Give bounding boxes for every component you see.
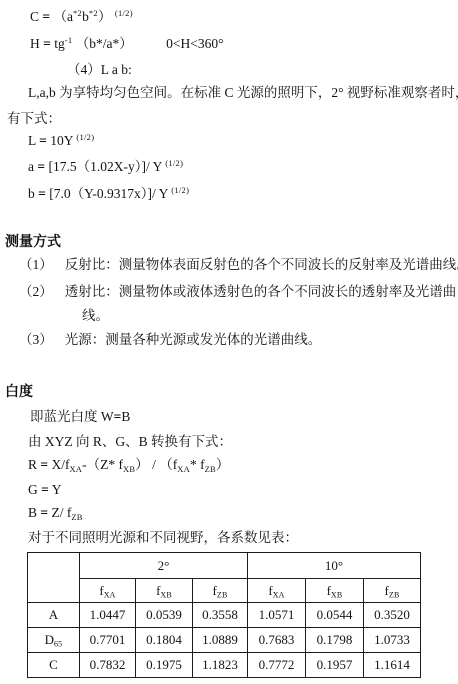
item-4-lab: （4）L a b:	[67, 61, 132, 78]
table-cell: 0.3558	[193, 603, 248, 628]
table-cell: 1.0447	[80, 603, 136, 628]
measure-item-2-continuation: 线。	[82, 307, 109, 324]
table-cell: 0.3520	[364, 603, 421, 628]
measure-item-1: （1）反射比：测量物体表面反射色的各个不同波长的反射率及光谱曲线。	[19, 256, 458, 273]
formula-h-range: 0<H<360°	[166, 36, 223, 51]
section-heading-white: 白度	[5, 383, 33, 400]
formula-l: L = 10Y (1/2)	[28, 132, 94, 149]
intro-paragraph-line2: 有下式：	[7, 110, 61, 127]
col-header-fzb-10deg: fZB	[364, 579, 421, 603]
item-text: 反射比：测量物体表面反射色的各个不同波长的反射率及光谱曲线。	[65, 257, 458, 272]
column-group-2deg: 2°	[80, 553, 248, 579]
measure-item-2: （2）透射比：测量物体或液体透射色的各个不同波长的透射率及光谱曲	[19, 283, 456, 300]
col-header-fzb-2deg: fZB	[193, 579, 248, 603]
coefficients-table: 2° 10° fXA fXB fZB fXA fXB fZB A 1.0447 …	[27, 552, 421, 678]
table-cell: 0.0544	[306, 603, 364, 628]
table-cell: 0.1975	[136, 653, 193, 678]
col-header-fxa-10deg: fXA	[248, 579, 306, 603]
document-page: C = （a*2b*2） (1/2) H = tg-1 （b*/a*） 0<H<…	[0, 0, 458, 684]
table-cell: 1.0889	[193, 628, 248, 653]
table-row: C 0.7832 0.1975 1.1823 0.7772 0.1957 1.1…	[28, 653, 421, 678]
formula-c: C = （a*2b*2） (1/2)	[30, 8, 133, 25]
measure-item-3: （3）光源：测量各种光源或发光体的光谱曲线。	[19, 331, 321, 348]
table-subheader-row: fXA fXB fZB fXA fXB fZB	[28, 579, 421, 603]
col-header-fxa-2deg: fXA	[80, 579, 136, 603]
table-row: D65 0.7701 0.1804 1.0889 0.7683 0.1798 1…	[28, 628, 421, 653]
xyz-rgb-conversion-line: 由 XYZ 向 R、G、B 转换有下式：	[28, 433, 232, 450]
table-cell: 1.0733	[364, 628, 421, 653]
table-cell: 1.1614	[364, 653, 421, 678]
item-number: （2）	[19, 283, 53, 300]
table-cell: 0.1804	[136, 628, 193, 653]
formula-h: H = tg-1 （b*/a*）	[30, 36, 133, 51]
row-label-a: A	[28, 603, 80, 628]
section-heading-measure: 测量方式	[5, 233, 61, 250]
col-header-fxb-10deg: fXB	[306, 579, 364, 603]
table-cell: 0.7832	[80, 653, 136, 678]
formula-a: a = [17.5（1.02X-y）]/ Y (1/2)	[28, 158, 183, 175]
formula-b: b = [7.0（Y-0.9317x）]/ Y (1/2)	[28, 185, 189, 202]
table-cell: 0.7701	[80, 628, 136, 653]
table-cell: 0.0539	[136, 603, 193, 628]
item-number: （3）	[19, 331, 53, 348]
row-label-c: C	[28, 653, 80, 678]
table-cell: 0.1798	[306, 628, 364, 653]
item-text: 透射比：测量物体或液体透射色的各个不同波长的透射率及光谱曲	[65, 284, 457, 299]
item-number: （1）	[19, 256, 53, 273]
item-text: 光源：测量各种光源或发光体的光谱曲线。	[65, 332, 322, 347]
formula-g: G = Y	[28, 481, 61, 498]
table-group-header-row: 2° 10°	[28, 553, 421, 579]
table-cell: 1.1823	[193, 653, 248, 678]
table-cell: 0.1957	[306, 653, 364, 678]
table-cell: 0.7772	[248, 653, 306, 678]
table-cell: 0.7683	[248, 628, 306, 653]
col-header-fxb-2deg: fXB	[136, 579, 193, 603]
table-cell: 1.0571	[248, 603, 306, 628]
row-label-d65: D65	[28, 628, 80, 653]
white-blue-light-line: 即蓝光白度 W=B	[30, 408, 130, 425]
formula-h-line: H = tg-1 （b*/a*） 0<H<360°	[30, 35, 224, 52]
formula-r: R = X/fXA-（Z* fXB） / （fXA* fZB）	[28, 456, 229, 473]
intro-paragraph-line1: L,a,b 为享特均匀色空间。在标准 C 光源的照明下，2° 视野标准观察者时，	[28, 84, 458, 101]
table-intro: 对于不同照明光源和不同视野，各系数见表：	[28, 529, 298, 546]
column-group-10deg: 10°	[248, 553, 421, 579]
table-corner-cell	[28, 553, 80, 603]
formula-bz: B = Z/ fZB	[28, 504, 83, 521]
table-row: A 1.0447 0.0539 0.3558 1.0571 0.0544 0.3…	[28, 603, 421, 628]
